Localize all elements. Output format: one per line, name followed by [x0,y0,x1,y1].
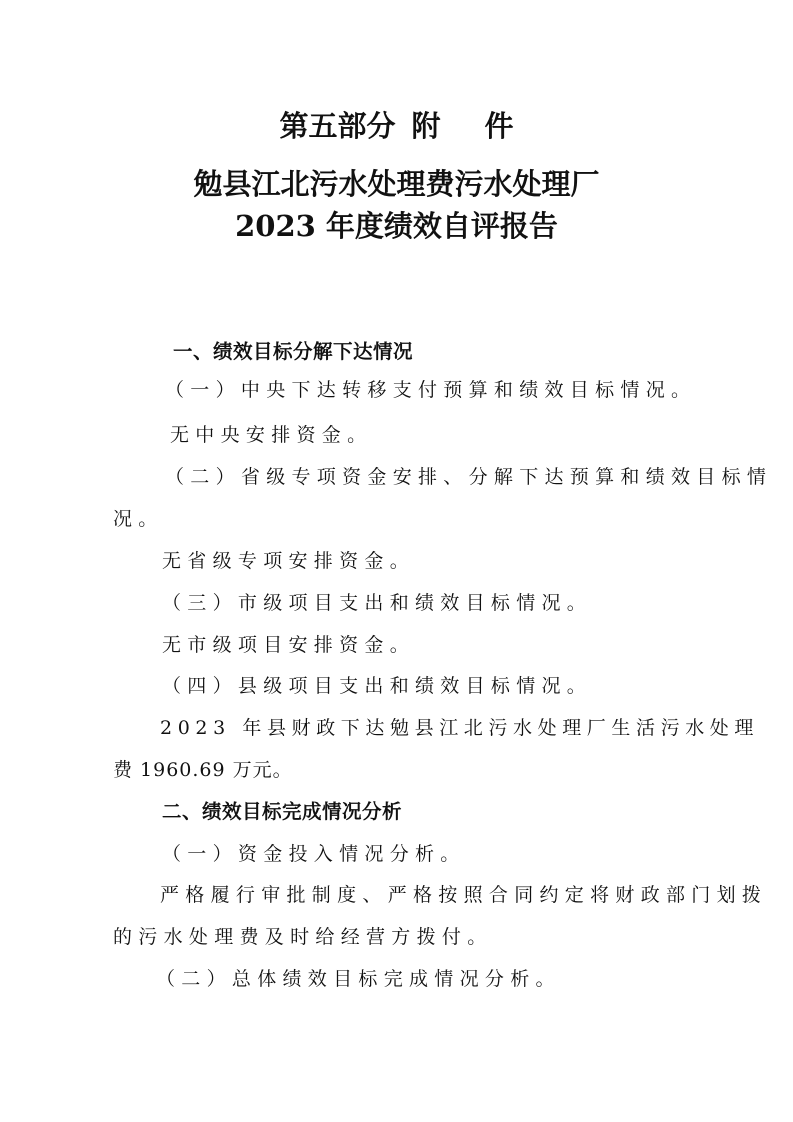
paragraph: （一）资金投入情况分析。 [162,845,466,864]
part-title-label: 第五部分 [279,109,395,143]
report-title-line1: 勉县江北污水处理费污水处理厂 [0,170,793,199]
part-title-jian: 件 [485,109,514,143]
report-title-line2: 2023 年度绩效自评报告 [0,212,793,241]
section-heading-2: 二、绩效目标完成情况分析 [162,802,402,822]
paragraph: 的污水处理费及时给经营方拨付。 [113,928,493,947]
document-page: 第五部分附件 勉县江北污水处理费污水处理厂 2023 年度绩效自评报告 一、绩效… [0,0,793,1122]
paragraph: 无省级专项安排资金。 [162,552,415,571]
part-title: 第五部分附件 [0,112,793,141]
paragraph: （一）中央下达转移支付预算和绩效目标情况。 [165,381,696,400]
paragraph: 严格履行审批制度、严格按照合同约定将财政部门划拨 [160,886,767,905]
paragraph: 2023 年县财政下达勉县江北污水处理厂生活污水处理 [160,719,759,738]
section-heading-1: 一、绩效目标分解下达情况 [173,342,413,362]
paragraph: （二）省级专项资金安排、分解下达预算和绩效目标情 [165,468,772,487]
paragraph: （二）总体绩效目标完成情况分析。 [156,970,561,989]
part-title-fu: 附 [411,109,440,143]
paragraph: （三）市级项目支出和绩效目标情况。 [162,594,592,613]
paragraph: 费 1960.69 万元。 [113,761,293,780]
paragraph: （四）县级项目支出和绩效目标情况。 [162,677,592,696]
paragraph: 无市级项目安排资金。 [162,636,415,655]
paragraph: 况。 [113,510,164,529]
paragraph: 无中央安排资金。 [170,426,372,445]
